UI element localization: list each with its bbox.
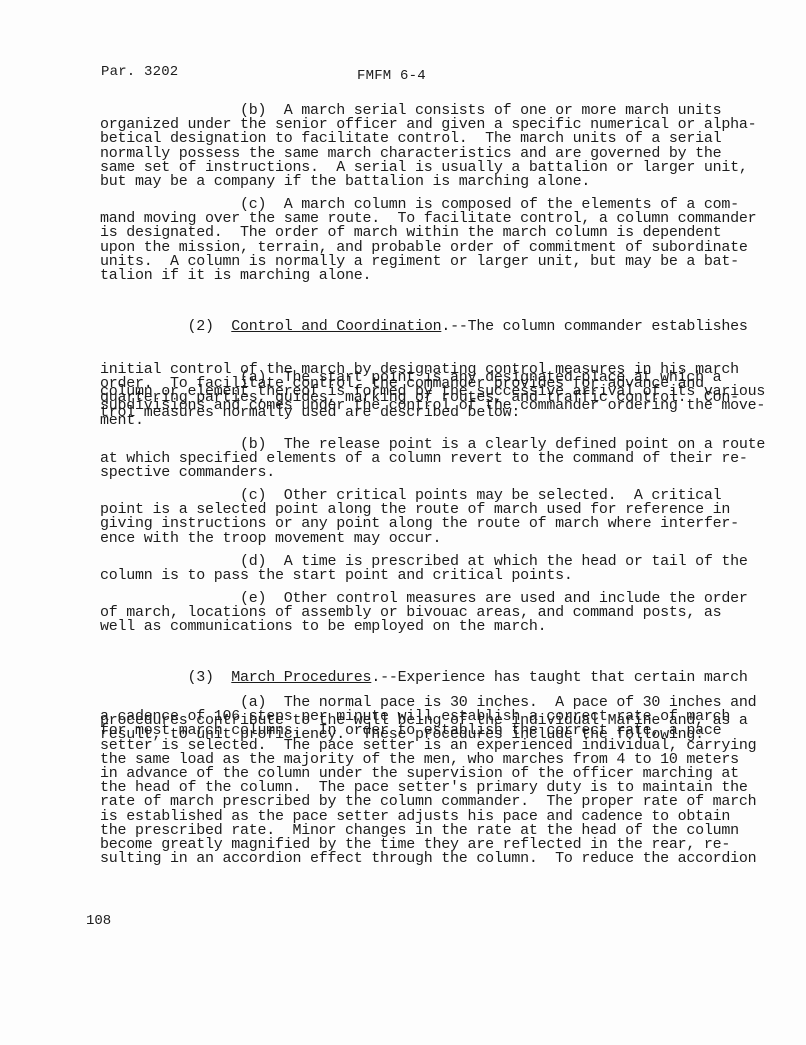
- text-line: but may be a company if the battalion is…: [100, 175, 700, 189]
- paragraph-a-start-point: (a) The start point is any designated pl…: [100, 371, 700, 428]
- paragraph-b-release-point: (b) The release point is a clearly defin…: [100, 438, 700, 481]
- section-heading: March Procedures: [231, 669, 371, 686]
- text-line: sulting in an accordion effect through t…: [100, 852, 700, 866]
- manual-identifier: FMFM 6-4: [357, 68, 426, 84]
- paragraph-reference: Par. 3202: [101, 64, 178, 80]
- paragraph-c-march-column: (c) A march column is composed of the el…: [100, 198, 700, 283]
- text-line: well as communications to be employed on…: [100, 620, 700, 634]
- paragraph-first-line: (2) Control and Coordination.--The colum…: [100, 320, 700, 334]
- paragraph-a-normal-pace: (a) The normal pace is 30 inches. A pace…: [100, 696, 700, 866]
- text-line: spective commanders.: [100, 466, 700, 480]
- document-page: Par. 3202 FMFM 6-4 (b) A march serial co…: [0, 0, 806, 1045]
- page-number: 108: [86, 913, 111, 929]
- paragraph-b-march-serial: (b) A march serial consists of one or mo…: [100, 104, 700, 189]
- text-line: ment.: [100, 414, 700, 428]
- text-line: talion if it is marching alone.: [100, 269, 700, 283]
- text-line: column is to pass the start point and cr…: [100, 569, 700, 583]
- text-line: subdivisions and comes under the control…: [100, 399, 700, 413]
- paragraph-c-critical-points: (c) Other critical points may be selecte…: [100, 489, 700, 546]
- paragraph-first-line: (3) March Procedures.--Experience has ta…: [100, 671, 700, 685]
- paragraph-e-other-measures: (e) Other control measures are used and …: [100, 592, 700, 635]
- text-line: ence with the troop movement may occur.: [100, 532, 700, 546]
- section-heading: Control and Coordination: [231, 318, 441, 335]
- paragraph-d-time: (d) A time is prescribed at which the he…: [100, 555, 700, 583]
